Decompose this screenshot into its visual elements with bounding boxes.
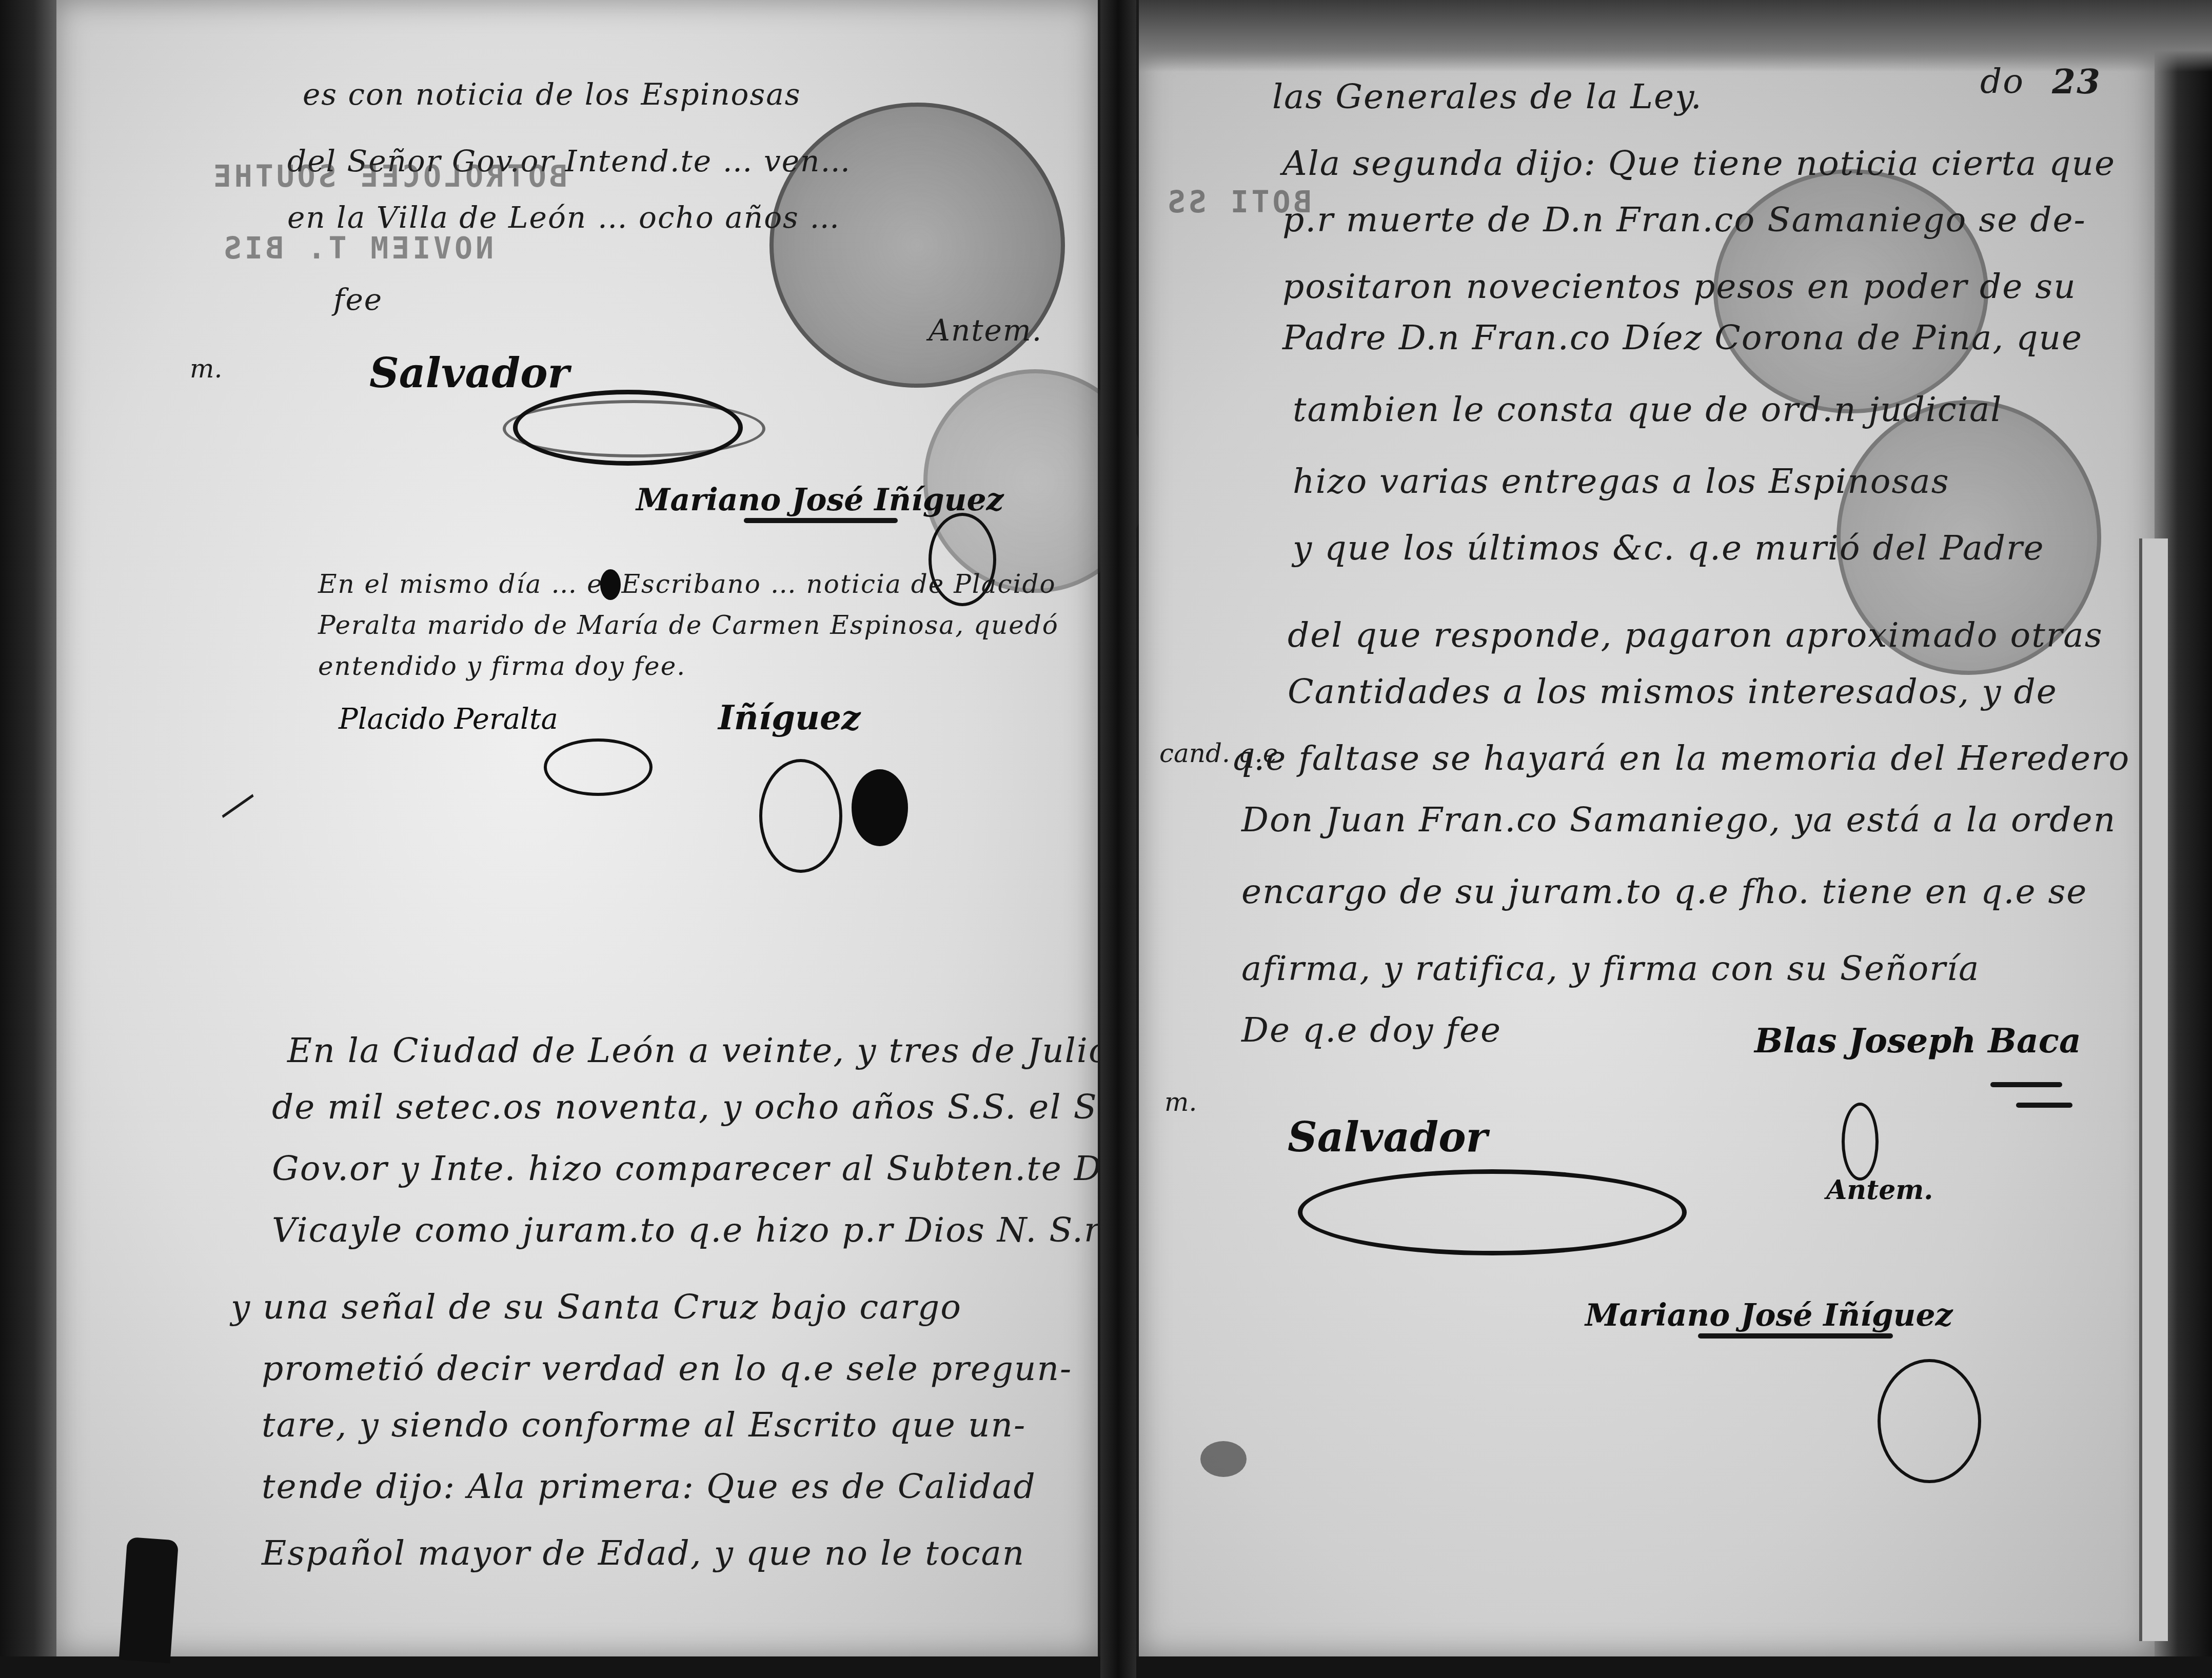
signature-underline bbox=[1698, 1333, 1893, 1339]
paragraph-2-line: tare, y siendo conforme al Escrito que u… bbox=[262, 1405, 1026, 1445]
right-paragraph-line: tambien le consta que de ord.n judicial bbox=[1293, 390, 2002, 429]
signature-underline bbox=[744, 518, 898, 523]
right-paragraph-line: del que responde, pagaron aproximado otr… bbox=[1288, 615, 2103, 655]
right-paragraph-line: Padre D.n Fran.co Díez Corona de Pina, q… bbox=[1282, 318, 2083, 357]
signature-antem: Antem. bbox=[1826, 1174, 1933, 1206]
paragraph-2-line: Gov.or y Inte. hizo comparecer al Subten… bbox=[272, 1149, 1225, 1188]
signature-iniguez: Iñíguez bbox=[718, 697, 861, 737]
signature-rubric bbox=[1878, 1359, 1981, 1483]
right-paragraph-line: Cantidades a los mismos interesados, y d… bbox=[1288, 672, 2058, 711]
binding-tab bbox=[119, 1537, 179, 1663]
manuscript-spread: es con noticia de los Espinosas del Seño… bbox=[0, 0, 2212, 1678]
margin-mark: m. bbox=[190, 354, 222, 384]
right-paragraph-line: afirma, y ratifica, y firma con su Señor… bbox=[1241, 949, 1980, 988]
paragraph-2-line: Vicayle como juram.to q.e hizo p.r Dios … bbox=[272, 1210, 1101, 1250]
signature-placido-peralta: Placido Peralta bbox=[339, 703, 558, 736]
left-note: Antem. bbox=[929, 313, 1042, 348]
paragraph-1-line: entendido y firma doy fee. bbox=[318, 651, 686, 681]
signature-rubric bbox=[1842, 1103, 1879, 1181]
bleed-through-text: BOTROLOCEE SOUTHE bbox=[210, 159, 567, 194]
left-line: en la Villa de León … ocho años … bbox=[287, 200, 840, 235]
paragraph-1-line: Peralta marido de María de Carmen Espino… bbox=[318, 610, 1059, 640]
signature-rubric bbox=[759, 759, 842, 873]
right-header-line: las Generales de la Ley. bbox=[1272, 77, 1703, 116]
right-paragraph-line: positaron novecientos pesos en poder de … bbox=[1282, 267, 2077, 306]
paragraph-2-line: tende dijo: Ala primera: Que es de Calid… bbox=[262, 1467, 1036, 1506]
signature-underline bbox=[2016, 1103, 2072, 1108]
right-paragraph-line: Don Juan Fran.co Samaniego, ya está a la… bbox=[1241, 800, 2116, 840]
paragraph-1-line: En el mismo día … el Escribano … noticia… bbox=[318, 569, 1056, 599]
signature-salvador: Salvador bbox=[1288, 1113, 1488, 1161]
paragraph-2-line: Español mayor de Edad, y que no le tocan bbox=[262, 1533, 1025, 1573]
right-paragraph-line: De q.e doy fee bbox=[1241, 1010, 1502, 1050]
right-paragraph-line: encargo de su juram.to q.e fho. tiene en… bbox=[1241, 872, 2087, 911]
signature-mariano-jose-iniguez: Mariano José Iñíguez bbox=[1585, 1297, 1953, 1333]
signature-mariano-jose-iniguez: Mariano José Iñíguez bbox=[636, 482, 1004, 518]
paragraph-2-line: y una señal de su Santa Cruz bajo cargo bbox=[231, 1287, 962, 1327]
signature-rubric bbox=[544, 738, 653, 796]
ink-blot bbox=[600, 569, 621, 600]
page-edge-strip bbox=[2139, 538, 2168, 1641]
margin-mark: m. bbox=[1164, 1087, 1197, 1117]
paragraph-2-line: prometió decir verdad en lo q.e sele pre… bbox=[262, 1349, 1072, 1388]
right-paragraph-line: p.r muerte de D.n Fran.co Samaniego se d… bbox=[1282, 200, 2086, 239]
right-paragraph-line: q.e faltase se hayará en la memoria del … bbox=[1231, 738, 2130, 778]
right-paragraph-line: hizo varias entregas a los Espinosas bbox=[1293, 462, 1950, 501]
left-line: es con noticia de los Espinosas bbox=[303, 77, 801, 112]
left-edge-shadow bbox=[0, 0, 56, 1678]
folio-prefix: do bbox=[1980, 62, 2024, 101]
ink-smudge bbox=[1200, 1441, 1247, 1477]
signature-underline bbox=[1990, 1082, 2062, 1087]
signature-rubric bbox=[503, 400, 765, 457]
signature-salvador: Salvador bbox=[369, 349, 569, 397]
paragraph-2-line: En la Ciudad de León a veinte, y tres de… bbox=[287, 1031, 1110, 1070]
signature-rubric bbox=[1298, 1169, 1687, 1255]
right-paragraph-line: Ala segunda dijo: Que tiene noticia cier… bbox=[1282, 144, 2116, 183]
signature-blas-joseph-baca: Blas Joseph Baca bbox=[1754, 1021, 2081, 1061]
folio-number: 23 bbox=[2052, 62, 2101, 102]
paragraph-2-line: de mil setec.os noventa, y ocho años S.S… bbox=[272, 1087, 1125, 1127]
ink-blot bbox=[852, 769, 908, 846]
left-line: fee bbox=[333, 282, 383, 317]
book-gutter bbox=[1100, 0, 1136, 1678]
bleed-through-text: NOVIEM T. BIS bbox=[221, 231, 493, 266]
right-paragraph-line: y que los últimos &c. q.e murió del Padr… bbox=[1293, 528, 2045, 568]
top-edge-shadow bbox=[1139, 0, 2212, 72]
